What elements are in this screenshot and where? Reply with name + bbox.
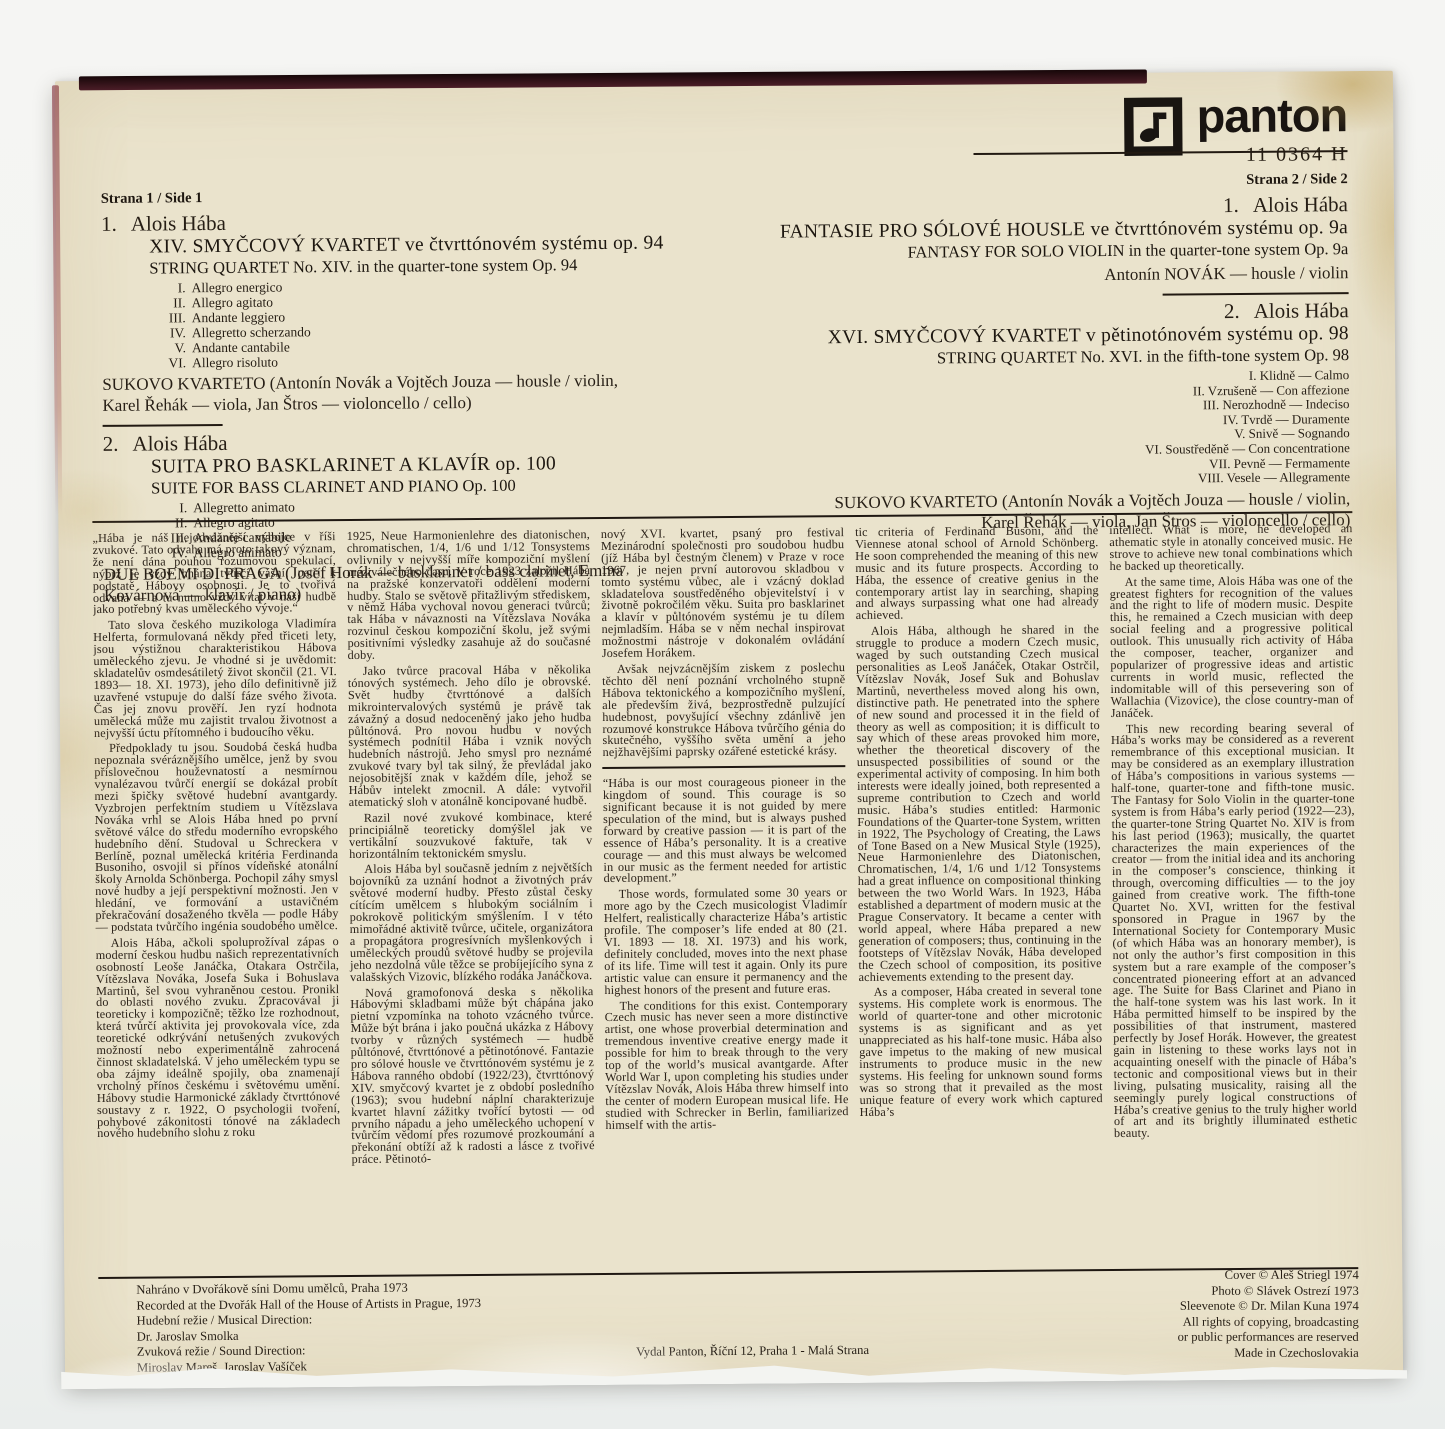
movement-numeral: III. [154, 310, 186, 325]
cover-top-edge [79, 69, 1147, 90]
label-text-column: panton 11 0364 H [1196, 93, 1347, 167]
side2-heading: Strana 2 / Side 2 [688, 171, 1348, 193]
liner-notes-paragraph: Alois Hába, although he shared in the st… [856, 624, 1102, 983]
movement-tempo: Allegretto scherzando [192, 324, 311, 340]
credit-line: Photo © Slávek Ostrezí 1973 [1178, 1283, 1359, 1299]
liner-notes-paragraph: Tato slova českého muzikologa Vladimíra … [93, 618, 337, 739]
performers: SUKOVO KVARTETO (Antonín Novák a Vojtěch… [102, 369, 722, 416]
credit-line: Made in Czechoslovakia [1177, 1346, 1358, 1362]
performers-line: Karel Řehák — viola, Jan Štros — violonc… [102, 390, 722, 416]
track-number: 1. [101, 212, 117, 237]
liner-notes-paragraph: Jako tvůrce pracoval Hába v několika tón… [348, 664, 592, 809]
track-artist: Alois Hába [132, 431, 227, 456]
notes-column-4: tic criteria of Ferdinand Busoni, and th… [855, 525, 1104, 1267]
liner-notes-paragraph: “Hába is our most courageous pioneer in … [603, 776, 847, 885]
liner-notes-paragraph: At the same time, Alois Hába was one of … [1110, 575, 1354, 720]
notes-column-5: intellect. What is more, he developed an… [1109, 523, 1358, 1265]
notes-column-3: nový XVI. kvartet, psaný pro festival Me… [601, 527, 850, 1269]
side2-tracklist: Strana 2 / Side 2 1.Alois Hába FANTASIE … [688, 171, 1351, 535]
liner-notes-paragraph: intellect. What is more, he developed an… [1109, 523, 1353, 573]
record-sleeve-back: panton 11 0364 H Strana 1 / Side 1 1.Alo… [55, 71, 1403, 1383]
track-number: 1. [1223, 193, 1239, 218]
credit-line: Sleevenote © Dr. Milan Kuna 1974 [1178, 1299, 1359, 1315]
notes-section-divider [603, 765, 845, 769]
liner-notes-columns: „Hába je náš nejodvážnější výbojce v říš… [92, 523, 1358, 1273]
movement-tempo: Allegro energico [191, 279, 282, 295]
track-number: 2. [1224, 299, 1240, 324]
notes-column-1: „Hába je náš nejodvážnější výbojce v říš… [92, 531, 341, 1273]
notes-column-2: 1925, Neue Harmonienlehre des diatonisch… [347, 529, 596, 1271]
track-title-en: STRING QUARTET No. XIV. in the quarter-t… [149, 254, 721, 278]
liner-notes-paragraph: „Hába je náš nejodvážnější výbojce v říš… [92, 531, 336, 616]
credits-rights: Cover © Aleš Striegl 1974Photo © Slávek … [1177, 1268, 1358, 1362]
track-artist: Alois Hába [1253, 192, 1348, 217]
liner-notes-paragraph: Razil nové zvukové kombinace, které prin… [349, 811, 593, 861]
movement-list: I.Allegro energicoII.Allegro agitatoIII.… [153, 276, 722, 370]
credits-recording: Nahráno v Dvořákově síni Domu umělců, Pr… [136, 1280, 481, 1376]
liner-notes-paragraph: tic criteria of Ferdinand Busoni, and th… [855, 525, 1099, 622]
movement-numeral: VI. [154, 355, 186, 370]
credit-line: or public performances are reserved [1177, 1330, 1358, 1346]
side2-track2: 2.Alois Hába XVI. SMYČCOVÝ KVARTET v pět… [689, 298, 1351, 535]
liner-notes-paragraph: Alois Hába byl současně jedním z největš… [349, 863, 593, 984]
liner-notes-paragraph: Those words, formulated some 30 years or… [604, 887, 848, 996]
side2-track1: 1.Alois Hába FANTASIE PRO SÓLOVÉ HOUSLE … [688, 192, 1349, 288]
performers: Antonín NOVÁK — housle / violin [688, 262, 1348, 288]
movement-numeral: I. [155, 500, 187, 515]
catalog-number: 11 0364 H [1197, 143, 1348, 167]
liner-notes-paragraph: 1925, Neue Harmonienlehre des diatonisch… [347, 529, 591, 662]
credit-line: Recorded at the Dvořák Hall of the House… [136, 1296, 481, 1314]
liner-notes-paragraph: Nová gramofonová deska s několika Hábový… [350, 986, 595, 1166]
movement-tempo: Allegro agitato [192, 295, 273, 311]
movement-numeral: I. [153, 280, 185, 295]
track-artist: Alois Hába [131, 211, 226, 236]
label-logo-block: panton 11 0364 H [1123, 93, 1347, 168]
liner-notes-paragraph: nový XVI. kvartet, psaný pro festival Me… [601, 527, 845, 660]
liner-notes-paragraph: As a composer, Hába created in several t… [859, 986, 1103, 1119]
movement-tempo: Allegretto animato [193, 499, 295, 515]
performers-line: Antonín NOVÁK — housle / violin [688, 262, 1348, 288]
publisher-line: Vydal Panton, Říční 12, Praha 1 - Malá S… [636, 1343, 869, 1360]
liner-notes-paragraph: Avšak nejvzácnějším ziskem z poslechu tě… [602, 662, 846, 759]
movement-list: I. Klidně — CalmoII. Vzrušeně — Con affe… [689, 368, 1350, 490]
track-title-en: SUITE FOR BASS CLARINET AND PIANO Op. 10… [151, 474, 723, 498]
movement-tempo: Andante leggiero [192, 309, 285, 325]
movement-line: VI.Allegro risoluto [154, 351, 722, 370]
movement-numeral: V. [154, 340, 186, 355]
side1-track1: 1.Alois Hába XIV. SMYČCOVÝ KVARTET ve čt… [101, 207, 723, 416]
credit-line: All rights of copying, broadcasting [1177, 1314, 1358, 1330]
side1-heading: Strana 1 / Side 1 [101, 186, 721, 208]
panton-wordmark: panton [1196, 93, 1347, 138]
track-number: 2. [103, 432, 119, 457]
liner-notes: „Hába je náš nejodvážnější výbojce v říš… [92, 511, 1358, 1279]
movement-tempo: Andante cantabile [192, 339, 290, 355]
track-artist: Alois Hába [1254, 298, 1349, 323]
track-divider-rule [1163, 292, 1349, 295]
track-title-en: STRING QUARTET No. XVI. in the fifth-ton… [689, 345, 1349, 370]
credit-line: Cover © Aleš Striegl 1974 [1178, 1268, 1359, 1284]
panton-logo-icon [1123, 96, 1183, 156]
liner-notes-paragraph: The conditions for this exist. Contempor… [605, 999, 849, 1132]
movement-tempo: Allegro risoluto [192, 355, 278, 371]
liner-notes-paragraph: Alois Hába, ačkoli spoluprožíval zápas o… [96, 936, 341, 1140]
movement-numeral: IV. [154, 325, 186, 340]
track-divider-rule [103, 424, 223, 427]
cover-left-edge [52, 85, 62, 515]
liner-notes-paragraph: Předpoklady tu jsou. Soudobá česká hudba… [94, 741, 339, 933]
liner-notes-paragraph: This new recording bearing several of Há… [1111, 722, 1357, 1141]
movement-numeral: II. [154, 295, 186, 310]
track-title-cs: XIV. SMYČCOVÝ KVARTET ve čtvrttónovém sy… [149, 232, 721, 258]
